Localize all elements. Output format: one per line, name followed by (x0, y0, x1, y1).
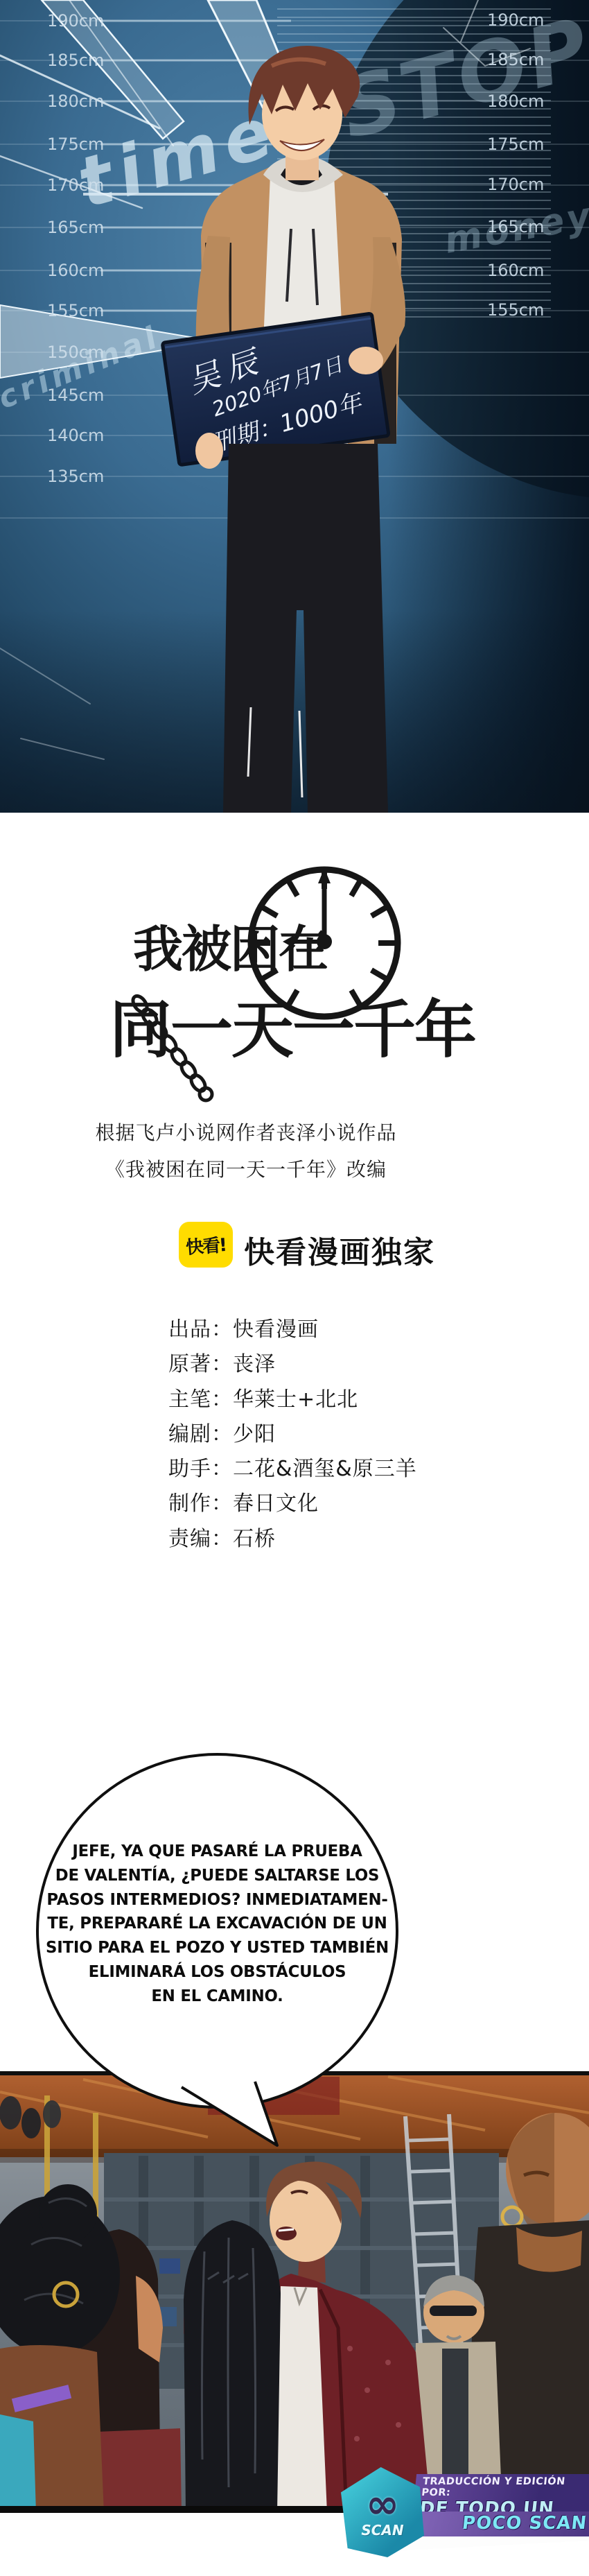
credit-line: 原著：丧泽 (168, 1347, 417, 1381)
credit-label: TRADUCCIÓN Y EDICIÓN POR: (421, 2476, 589, 2498)
speech-bubble: JEFE, YA QUE PASARÉ LA PRUEBA DE VALENTÍ… (36, 1753, 398, 2109)
height-label: 185cm (47, 51, 104, 70)
group-name-line2: POCO SCAN (461, 2513, 588, 2534)
scan-logo-text: SCAN (361, 2522, 403, 2539)
infinity-icon: ∞ (366, 2486, 399, 2522)
speech-line: ELIMINARÁ LOS OBSTÁCULOS (44, 1960, 391, 1984)
credit-line: 编剧：少阳 (168, 1417, 417, 1451)
platform-exclusive-label: 快看漫画独家 (244, 1227, 435, 1272)
height-label: 135cm (47, 467, 104, 486)
black-hair-woman (184, 2220, 281, 2513)
red-top (96, 2428, 182, 2513)
series-logo: 我被困在 同一天一千年 (0, 797, 589, 1130)
height-label: 190cm (47, 11, 104, 31)
height-label: 175cm (487, 135, 544, 154)
speech-line: DE VALENTÍA, ¿PUEDE SALTARSE LOS (44, 1863, 391, 1887)
credit-line: 制作：春日文化 (168, 1486, 417, 1521)
logo-line1: 我被困在 (133, 919, 328, 978)
height-label: 180cm (47, 92, 104, 111)
height-label: 190cm (487, 10, 544, 30)
mugshot-panel: time STOP criminal money 190cm 185cm 180… (0, 0, 589, 813)
height-label: 155cm (47, 301, 104, 320)
credits-list: 出品：快看漫画 原著：丧泽 主笔：华莱士+北北 编剧：少阳 助手：二花&酒玺&原… (168, 1312, 417, 1556)
speech-line: JEFE, YA QUE PASARÉ LA PRUEBA (44, 1839, 391, 1863)
height-label: 155cm (487, 300, 544, 320)
height-label: 185cm (487, 50, 544, 69)
teal-garment (0, 2414, 36, 2513)
height-label: 150cm (47, 343, 104, 362)
source-line1: 根据飞卢小说网作者丧泽小说作品 (0, 1118, 492, 1146)
height-label: 165cm (487, 217, 544, 236)
height-label: 140cm (47, 426, 104, 445)
speech-line: TE, PREPARARÉ LA EXCAVACIÓN DE UN (44, 1911, 391, 1935)
height-label: 170cm (47, 175, 104, 195)
height-label: 175cm (47, 135, 104, 154)
comic-page: time STOP criminal money 190cm 185cm 180… (0, 0, 589, 2576)
hand-right (349, 347, 383, 374)
street-scene-panel (0, 2071, 589, 2513)
height-label: 165cm (47, 218, 104, 237)
speech-text: JEFE, YA QUE PASARÉ LA PRUEBA DE VALENTÍ… (44, 1839, 391, 2008)
credit-line: 责编：石桥 (168, 1521, 417, 1556)
speech-bubble-tail (166, 2080, 291, 2158)
sunglasses (430, 2306, 477, 2316)
kuaikan-badge-text: 快看! (185, 1231, 227, 1259)
credit-line: 主笔：华莱士+北北 (168, 1382, 417, 1417)
speech-line: SITIO PARA EL POZO Y USTED TAMBIÉN (44, 1935, 391, 1960)
watermark-banner-top: TRADUCCIÓN Y EDICIÓN POR: DE TODO UN (412, 2474, 589, 2516)
height-label: 160cm (487, 261, 544, 280)
credit-line: 助手：二花&酒玺&原三羊 (168, 1451, 417, 1486)
height-label: 170cm (487, 175, 544, 194)
scanlation-watermark: TRADUCCIÓN Y EDICIÓN POR: DE TODO UN POC… (291, 2466, 589, 2576)
credit-line: 出品：快看漫画 (168, 1312, 417, 1347)
speech-line: EN EL CAMINO. (44, 1984, 391, 2008)
source-line2: 《我被困在同一天一千年》改编 (0, 1155, 492, 1182)
height-label: 180cm (487, 92, 544, 111)
height-label: 160cm (47, 261, 104, 280)
kuaikan-app-icon: 快看! (179, 1222, 233, 1268)
height-label: 145cm (47, 386, 104, 405)
speech-line: PASOS INTERMEDIOS? INMEDIATAMEN- (44, 1887, 391, 1912)
logo-line2: 同一天一千年 (109, 993, 475, 1066)
hand-left (195, 433, 223, 469)
